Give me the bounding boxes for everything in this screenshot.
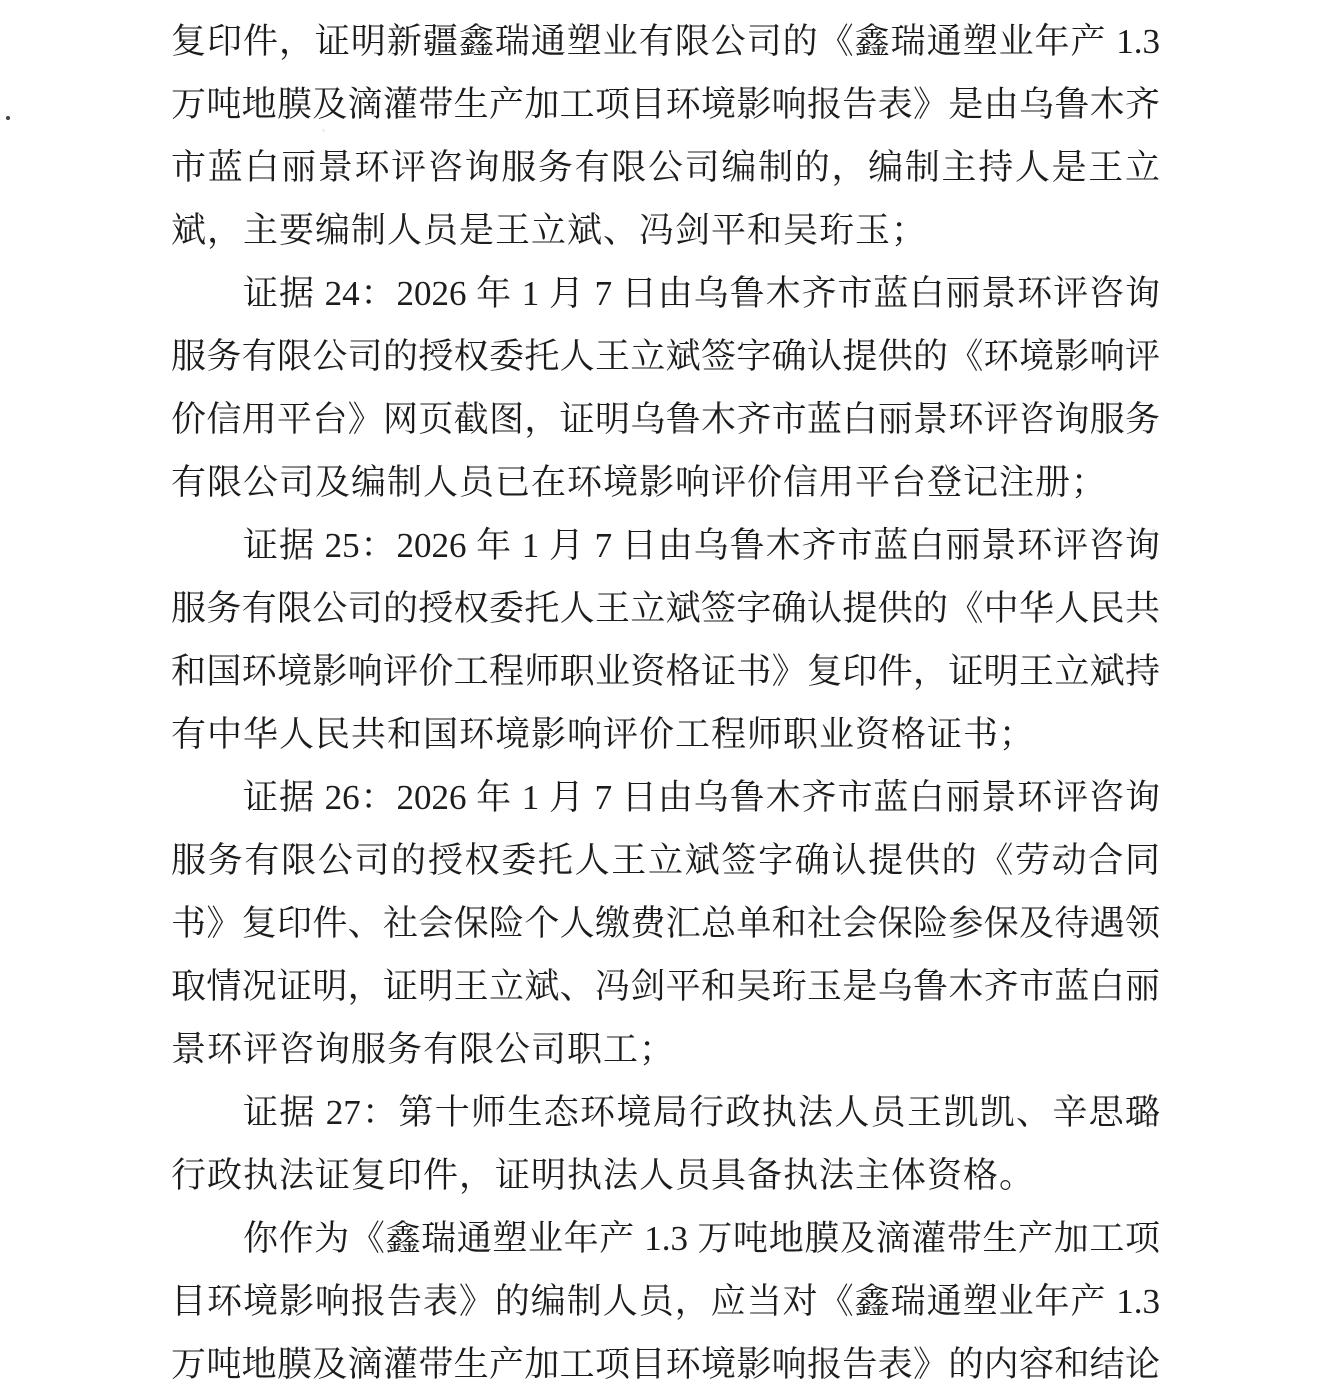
- text-line: 取情况证明，证明王立斌、冯剑平和吴珩玉是乌鲁木齐市蓝白丽: [171, 955, 1160, 1018]
- paragraph-evidence-24: 证据 24：2026 年 1 月 7 日由乌鲁木齐市蓝白丽景环评咨询服务有限公司…: [171, 262, 1160, 514]
- paragraph-evidence-26: 证据 26：2026 年 1 月 7 日由乌鲁木齐市蓝白丽景环评咨询服务有限公司…: [171, 766, 1160, 1081]
- scanned-document-page: 复印件，证明新疆鑫瑞通塑业有限公司的《鑫瑞通塑业年产 1.3万吨地膜及滴灌带生产…: [0, 0, 1325, 1400]
- text-line: 和国环境影响评价工程师职业资格证书》复印件，证明王立斌持: [171, 640, 1160, 703]
- text-line: 有中华人民共和国环境影响评价工程师职业资格证书；: [171, 703, 1160, 766]
- text-line: 证据 24：2026 年 1 月 7 日由乌鲁木齐市蓝白丽景环评咨询: [171, 262, 1160, 325]
- paragraph-evidence-27: 证据 27：第十师生态环境局行政执法人员王凯凯、辛思璐行政执法证复印件，证明执法…: [171, 1081, 1160, 1207]
- text-line: 书》复印件、社会保险个人缴费汇总单和社会保险参保及待遇领: [171, 892, 1160, 955]
- scan-speck: [6, 116, 10, 120]
- paragraph-closing-statement: 你作为《鑫瑞通塑业年产 1.3 万吨地膜及滴灌带生产加工项目环境影响报告表》的编…: [171, 1207, 1160, 1396]
- text-line: 市蓝白丽景环评咨询服务有限公司编制的，编制主持人是王立: [171, 136, 1160, 199]
- text-line: 服务有限公司的授权委托人王立斌签字确认提供的《中华人民共: [171, 577, 1160, 640]
- text-line: 万吨地膜及滴灌带生产加工项目环境影响报告表》的内容和结论: [171, 1333, 1160, 1396]
- text-line: 证据 25：2026 年 1 月 7 日由乌鲁木齐市蓝白丽景环评咨询: [171, 514, 1160, 577]
- document-body: 复印件，证明新疆鑫瑞通塑业有限公司的《鑫瑞通塑业年产 1.3万吨地膜及滴灌带生产…: [171, 10, 1160, 1396]
- text-line: 你作为《鑫瑞通塑业年产 1.3 万吨地膜及滴灌带生产加工项: [171, 1207, 1160, 1270]
- text-line: 万吨地膜及滴灌带生产加工项目环境影响报告表》是由乌鲁木齐: [171, 73, 1160, 136]
- text-line: 证据 27：第十师生态环境局行政执法人员王凯凯、辛思璐: [171, 1081, 1160, 1144]
- scan-speck: [322, 129, 325, 132]
- paragraph-evidence-25: 证据 25：2026 年 1 月 7 日由乌鲁木齐市蓝白丽景环评咨询服务有限公司…: [171, 514, 1160, 766]
- text-line: 行政执法证复印件，证明执法人员具备执法主体资格。: [171, 1144, 1160, 1207]
- scan-speck: [1152, 529, 1155, 532]
- text-line: 斌，主要编制人员是王立斌、冯剑平和吴珩玉；: [171, 199, 1160, 262]
- text-line: 有限公司及编制人员已在环境影响评价信用平台登记注册；: [171, 451, 1160, 514]
- text-line: 价信用平台》网页截图，证明乌鲁木齐市蓝白丽景环评咨询服务: [171, 388, 1160, 451]
- text-line: 景环评咨询服务有限公司职工；: [171, 1018, 1160, 1081]
- text-line: 复印件，证明新疆鑫瑞通塑业有限公司的《鑫瑞通塑业年产 1.3: [171, 10, 1160, 73]
- text-line: 服务有限公司的授权委托人王立斌签字确认提供的《劳动合同: [171, 829, 1160, 892]
- text-line: 服务有限公司的授权委托人王立斌签字确认提供的《环境影响评: [171, 325, 1160, 388]
- scan-speck: [1151, 602, 1154, 605]
- text-line: 证据 26：2026 年 1 月 7 日由乌鲁木齐市蓝白丽景环评咨询: [171, 766, 1160, 829]
- text-line: 目环境影响报告表》的编制人员，应当对《鑫瑞通塑业年产 1.3: [171, 1270, 1160, 1333]
- paragraph-evidence-23-continuation: 复印件，证明新疆鑫瑞通塑业有限公司的《鑫瑞通塑业年产 1.3万吨地膜及滴灌带生产…: [171, 10, 1160, 262]
